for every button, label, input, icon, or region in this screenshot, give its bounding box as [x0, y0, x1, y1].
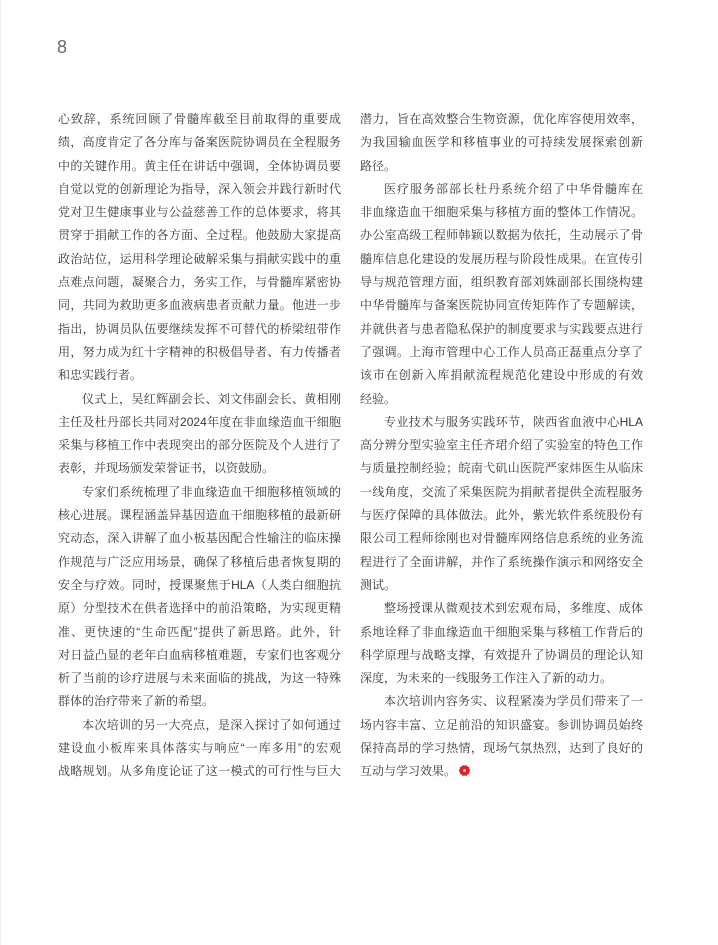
text-line: 仪式上，吴红辉副会长、刘文伟副会长、黄相刚 [58, 388, 341, 411]
text-line: 准、更快速的“生命匹配”提供了新思路。此外，针 [58, 621, 341, 644]
text-line: 作规范与广泛应用场景，确保了移植后患者恢复期的 [58, 551, 341, 574]
line-text: 原）分型技术在供者选择中的前沿策略，为实现更精 [58, 601, 341, 615]
text-line: 髓库信息化建设的发展历程与阶段性成果。在宣传引 [360, 248, 643, 271]
text-line: 测试。 [360, 574, 643, 597]
text-line: 本次培训的另一大亮点，是深入探讨了如何通过 [58, 714, 341, 737]
article-column-left: 心致辞，系统回顾了骨髓库截至目前取得的重要成绩，高度肯定了各分库与备案医院协调员… [58, 108, 341, 784]
line-text: 采集与移植工作中表现突出的部分医院及个人进行了 [58, 438, 341, 452]
line-text: 该市在创新入库捐献流程规范化建设中形成的有效 [360, 368, 643, 382]
line-text: 办公室高级工程师韩颖以数据为依托，生动展示了骨 [360, 228, 643, 242]
line-text: 安全与疗效。同时，授课聚焦于HLA（人类白细胞抗 [58, 578, 341, 592]
text-line: 一线角度，交流了采集医院为捐献者提供全流程服务 [360, 481, 643, 504]
text-line: 指出，协调员队伍要继续发挥不可替代的桥梁纽带作 [58, 318, 341, 341]
line-text: 作规范与广泛应用场景，确保了移植后患者恢复期的 [58, 555, 341, 569]
text-line: 专家们系统梳理了非血缘造血干细胞移植领域的 [58, 481, 341, 504]
line-text: 点难点问题，凝聚合力，务实工作，与骨髓库紧密协 [58, 275, 341, 289]
line-text: 互动与学习效果。 [360, 764, 456, 778]
line-text: 群体的治疗带来了新的希望。 [58, 694, 214, 708]
line-text: 析了当前的诊疗进展与未来面临的挑战，为这一特殊 [58, 671, 341, 685]
paragraph: 专家们系统梳理了非血缘造血干细胞移植领域的核心进展。课程涵盖异基因造血干细胞移植… [58, 481, 341, 714]
text-line: 整场授课从微观技术到宏观布局，多维度、成体 [360, 597, 643, 620]
line-text: 表彰，并现场颁发荣誉证书，以资鼓励。 [58, 461, 274, 475]
text-line: 政治站位，运用科学理论破解采集与捐献实践中的重 [58, 248, 341, 271]
text-line: 建设血小板库来具体落实与响应“一库多用”的宏观 [58, 737, 341, 760]
text-line: 析了当前的诊疗进展与未来面临的挑战，为这一特殊 [58, 667, 341, 690]
text-line: 深度，为未来的一线服务工作注入了新的动力。 [360, 667, 643, 690]
line-text: 路径。 [360, 159, 396, 173]
text-line: 自觉以党的创新理论为指导，深入领会并践行新时代 [58, 178, 341, 201]
line-text: 党对卫生健康事业与公益慈善工作的总体要求，将其 [58, 205, 341, 219]
line-text: 同，共同为救助更多血液病患者贡献力量。他进一步 [58, 298, 341, 312]
text-line: 中的关键作用。黄主任在讲话中强调，全体协调员要 [58, 155, 341, 178]
line-text: 仪式上，吴红辉副会长、刘文伟副会长、黄相刚 [82, 392, 341, 406]
line-text: 心致辞，系统回顾了骨髓库截至目前取得的重要成 [58, 112, 341, 126]
text-line: 路径。 [360, 155, 643, 178]
paragraph: 专业技术与服务实践环节，陕西省血液中心HLA高分辨分型实验室主任齐珺介绍了实验室… [360, 411, 643, 597]
line-text: 高分辨分型实验室主任齐珺介绍了实验室的特色工作 [360, 438, 643, 452]
line-text: 场内容丰富、立足前沿的知识盛宴。参训协调员始终 [360, 718, 643, 732]
text-line: 程进行了全面讲解，并作了系统操作演示和网络安全 [360, 551, 643, 574]
line-text: 准、更快速的“生命匹配”提供了新思路。此外，针 [58, 625, 341, 639]
text-line: 原）分型技术在供者选择中的前沿策略，为实现更精 [58, 597, 341, 620]
text-line: 本次培训内容务实、议程紧凑为学员们带来了一 [360, 690, 643, 713]
text-line: 潜力，旨在高效整合生物资源，优化库容使用效率， [360, 108, 643, 131]
text-line: 心致辞，系统回顾了骨髓库截至目前取得的重要成 [58, 108, 341, 131]
text-line: 系地诠释了非血缘造血干细胞采集与移植工作背后的 [360, 621, 643, 644]
line-text: 政治站位，运用科学理论破解采集与捐献实践中的重 [58, 252, 341, 266]
line-text: 本次培训内容务实、议程紧凑为学员们带来了一 [384, 694, 643, 708]
text-line: 办公室高级工程师韩颖以数据为依托，生动展示了骨 [360, 224, 643, 247]
paragraph: 潜力，旨在高效整合生物资源，优化库容使用效率，为我国输血医学和移植事业的可持续发… [360, 108, 643, 178]
line-text: 主任及杜丹部长共同对2024年度在非血缘造血干细胞 [58, 415, 341, 429]
line-text: 自觉以党的创新理论为指导，深入领会并践行新时代 [58, 182, 341, 196]
line-text: 保持高昂的学习热情，现场气氛热烈，达到了良好的 [360, 741, 643, 755]
line-text: 限公司工程师徐刚也对骨髓库网络信息系统的业务流 [360, 531, 643, 545]
text-line: 表彰，并现场颁发荣誉证书，以资鼓励。 [58, 457, 341, 480]
text-line: 党对卫生健康事业与公益慈善工作的总体要求，将其 [58, 201, 341, 224]
text-line: 为我国输血医学和移植事业的可持续发展探索创新 [360, 131, 643, 154]
line-text: 用，努力成为红十字精神的积极倡导者、有力传播者 [58, 345, 341, 359]
line-text: 并就供者与患者隐私保护的制度要求与实践要点进行 [360, 322, 643, 336]
text-line: 经验。 [360, 388, 643, 411]
text-line: 点难点问题，凝聚合力，务实工作，与骨髓库紧密协 [58, 271, 341, 294]
text-line: 与医疗保障的具体做法。此外，紫光软件系统股份有 [360, 504, 643, 527]
line-text: 绩，高度肯定了各分库与备案医院协调员在全程服务 [58, 135, 341, 149]
line-text: 程进行了全面讲解，并作了系统操作演示和网络安全 [360, 555, 643, 569]
text-line: 并就供者与患者隐私保护的制度要求与实践要点进行 [360, 318, 643, 341]
text-line: 绩，高度肯定了各分库与备案医院协调员在全程服务 [58, 131, 341, 154]
text-line: 该市在创新入库捐献流程规范化建设中形成的有效 [360, 364, 643, 387]
line-text: 髓库信息化建设的发展历程与阶段性成果。在宣传引 [360, 252, 643, 266]
text-line: 安全与疗效。同时，授课聚焦于HLA（人类白细胞抗 [58, 574, 341, 597]
line-text: 医疗服务部部长杜丹系统介绍了中华骨髓库在 [384, 182, 643, 196]
line-text: 测试。 [360, 578, 396, 592]
line-text: 深度，为未来的一线服务工作注入了新的动力。 [360, 671, 612, 685]
text-line: 中华骨髓库与备案医院协同宣传矩阵作了专题解读， [360, 294, 643, 317]
line-text: 一线角度，交流了采集医院为捐献者提供全流程服务 [360, 485, 643, 499]
text-line: 与质量控制经验；皖南弋矶山医院严家炜医生从临床 [360, 457, 643, 480]
text-line: 群体的治疗带来了新的希望。 [58, 690, 341, 713]
line-text: 中的关键作用。黄主任在讲话中强调，全体协调员要 [58, 159, 341, 173]
line-text: 本次培训的另一大亮点，是深入探讨了如何通过 [82, 718, 341, 732]
line-text: 与质量控制经验；皖南弋矶山医院严家炜医生从临床 [360, 461, 643, 475]
text-line: 保持高昂的学习热情，现场气氛热烈，达到了良好的 [360, 737, 643, 760]
text-line: 贯穿于捐献工作的各方面、全过程。他鼓励大家提高 [58, 224, 341, 247]
text-line: 非血缘造血干细胞采集与移植方面的整体工作情况。 [360, 201, 643, 224]
text-line: 医疗服务部部长杜丹系统介绍了中华骨髓库在 [360, 178, 643, 201]
line-text: 中华骨髓库与备案医院协同宣传矩阵作了专题解读， [360, 298, 643, 312]
text-line: 和忠实践行者。 [58, 364, 341, 387]
line-text: 战略规划。从多角度论证了这一模式的可行性与巨大 [58, 764, 341, 778]
text-line: 场内容丰富、立足前沿的知识盛宴。参训协调员始终 [360, 714, 643, 737]
line-text: 究动态，深入讲解了血小板基因配合性输注的临床操 [58, 531, 341, 545]
article-column-right: 潜力，旨在高效整合生物资源，优化库容使用效率，为我国输血医学和移植事业的可持续发… [360, 108, 643, 784]
text-line: 同，共同为救助更多血液病患者贡献力量。他进一步 [58, 294, 341, 317]
paragraph: 整场授课从微观技术到宏观布局，多维度、成体系地诠释了非血缘造血干细胞采集与移植工… [360, 597, 643, 690]
line-text: 和忠实践行者。 [58, 368, 142, 382]
line-text: 指出，协调员队伍要继续发挥不可替代的桥梁纽带作 [58, 322, 341, 336]
line-text: 为我国输血医学和移植事业的可持续发展探索创新 [360, 135, 643, 149]
line-text: 系地诠释了非血缘造血干细胞采集与移植工作背后的 [360, 625, 643, 639]
paragraph: 本次培训内容务实、议程紧凑为学员们带来了一场内容丰富、立足前沿的知识盛宴。参训协… [360, 690, 643, 783]
text-line: 用，努力成为红十字精神的积极倡导者、有力传播者 [58, 341, 341, 364]
text-line: 战略规划。从多角度论证了这一模式的可行性与巨大 [58, 760, 341, 783]
line-text: 整场授课从微观技术到宏观布局，多维度、成体 [384, 601, 643, 615]
text-line: 互动与学习效果。 [360, 760, 643, 783]
line-text: 经验。 [360, 392, 396, 406]
paragraph: 心致辞，系统回顾了骨髓库截至目前取得的重要成绩，高度肯定了各分库与备案医院协调员… [58, 108, 341, 388]
text-line: 究动态，深入讲解了血小板基因配合性输注的临床操 [58, 527, 341, 550]
line-text: 了强调。上海市管理中心工作人员高正磊重点分享了 [360, 345, 643, 359]
text-line: 了强调。上海市管理中心工作人员高正磊重点分享了 [360, 341, 643, 364]
line-text: 非血缘造血干细胞采集与移植方面的整体工作情况。 [360, 205, 643, 219]
text-line: 导与规范管理方面，组织教育部刘姝副部长围绕构建 [360, 271, 643, 294]
page-number: 8 [57, 38, 67, 56]
line-text: 导与规范管理方面，组织教育部刘姝副部长围绕构建 [360, 275, 643, 289]
line-text: 与医疗保障的具体做法。此外，紫光软件系统股份有 [360, 508, 643, 522]
line-text: 科学原理与战略支撑，有效提升了协调员的理论认知 [360, 648, 643, 662]
text-line: 对日益凸显的老年白血病移植难题，专家们也客观分 [58, 644, 341, 667]
line-text: 专家们系统梳理了非血缘造血干细胞移植领域的 [82, 485, 341, 499]
end-mark-icon [459, 765, 470, 776]
text-line: 高分辨分型实验室主任齐珺介绍了实验室的特色工作 [360, 434, 643, 457]
line-text: 潜力，旨在高效整合生物资源，优化库容使用效率， [360, 112, 643, 126]
text-line: 限公司工程师徐刚也对骨髓库网络信息系统的业务流 [360, 527, 643, 550]
line-text: 贯穿于捐献工作的各方面、全过程。他鼓励大家提高 [58, 228, 341, 242]
paragraph: 本次培训的另一大亮点，是深入探讨了如何通过建设血小板库来具体落实与响应“一库多用… [58, 714, 341, 784]
line-text: 核心进展。课程涵盖异基因造血干细胞移植的最新研 [58, 508, 341, 522]
line-text: 对日益凸显的老年白血病移植难题，专家们也客观分 [58, 648, 341, 662]
line-text: 建设血小板库来具体落实与响应“一库多用”的宏观 [58, 741, 341, 755]
text-line: 主任及杜丹部长共同对2024年度在非血缘造血干细胞 [58, 411, 341, 434]
text-line: 采集与移植工作中表现突出的部分医院及个人进行了 [58, 434, 341, 457]
text-line: 专业技术与服务实践环节，陕西省血液中心HLA [360, 411, 643, 434]
text-line: 核心进展。课程涵盖异基因造血干细胞移植的最新研 [58, 504, 341, 527]
paragraph: 医疗服务部部长杜丹系统介绍了中华骨髓库在非血缘造血干细胞采集与移植方面的整体工作… [360, 178, 643, 411]
text-line: 科学原理与战略支撑，有效提升了协调员的理论认知 [360, 644, 643, 667]
line-text: 专业技术与服务实践环节，陕西省血液中心HLA [384, 415, 643, 429]
paragraph: 仪式上，吴红辉副会长、刘文伟副会长、黄相刚主任及杜丹部长共同对2024年度在非血… [58, 388, 341, 481]
